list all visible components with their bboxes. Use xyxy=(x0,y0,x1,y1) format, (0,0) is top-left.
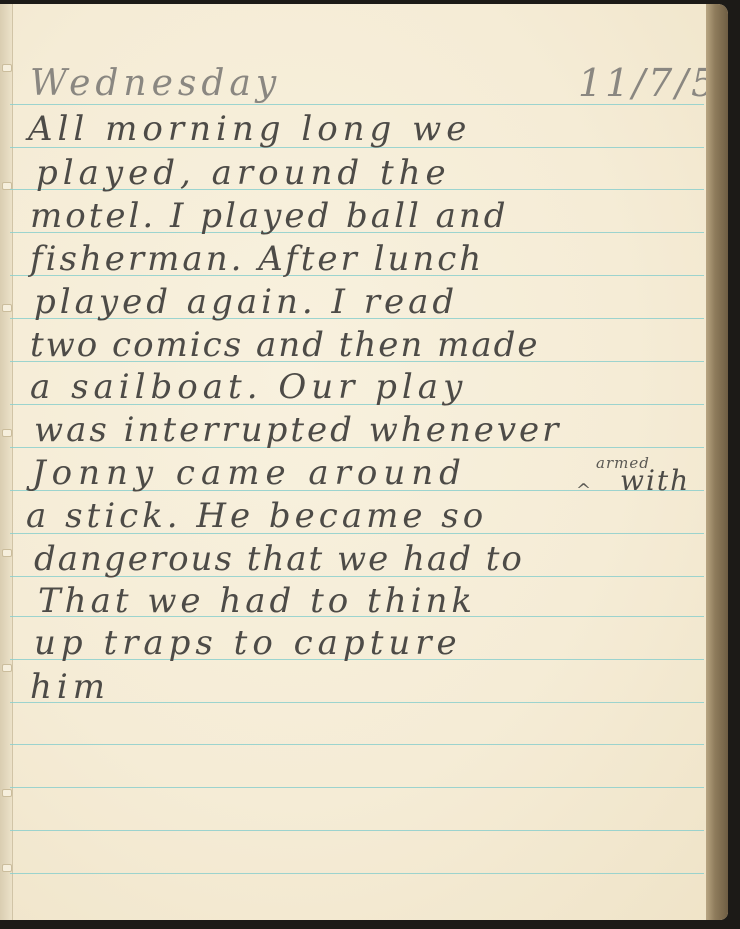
binding-stitch xyxy=(2,664,12,672)
text-line: All morning long we xyxy=(28,112,471,146)
page-edge xyxy=(706,4,728,920)
text-line: a sailboat. Our play xyxy=(30,370,467,404)
text-line: dangerous that we had to xyxy=(34,542,524,576)
insertion-caret: ^ xyxy=(576,482,596,500)
text-line: two comics and then made xyxy=(30,328,540,362)
binding-stitch xyxy=(2,64,12,72)
notebook-page: Wednesday 11/7/51 All morning long we pl… xyxy=(0,4,728,920)
binding-stitch xyxy=(2,789,12,797)
binding-stitch xyxy=(2,864,12,872)
text-line: up traps to capture xyxy=(34,626,462,660)
text-line-tail: with xyxy=(620,467,690,495)
text-line: was interrupted whenever xyxy=(34,413,561,447)
ruled-line xyxy=(10,702,704,703)
ruled-line xyxy=(10,744,704,745)
text-line: played again. I read xyxy=(34,285,458,319)
text-line: That we had to think xyxy=(38,584,476,618)
binding-stitch xyxy=(2,304,12,312)
binding-stitch xyxy=(2,549,12,557)
day-heading: Wednesday xyxy=(30,66,281,102)
ruled-line xyxy=(10,873,704,874)
binding-margin xyxy=(0,4,13,920)
text-line: motel. I played ball and xyxy=(30,199,509,233)
ruled-line xyxy=(10,830,704,831)
text-line: a stick. He became so xyxy=(26,499,487,533)
text-line: played, around the xyxy=(36,156,451,190)
binding-stitch xyxy=(2,429,12,437)
text-line: fisherman. After lunch xyxy=(30,242,484,276)
ruled-line xyxy=(10,787,704,788)
text-line: him xyxy=(30,670,110,704)
text-line: Jonny came around xyxy=(32,456,467,490)
